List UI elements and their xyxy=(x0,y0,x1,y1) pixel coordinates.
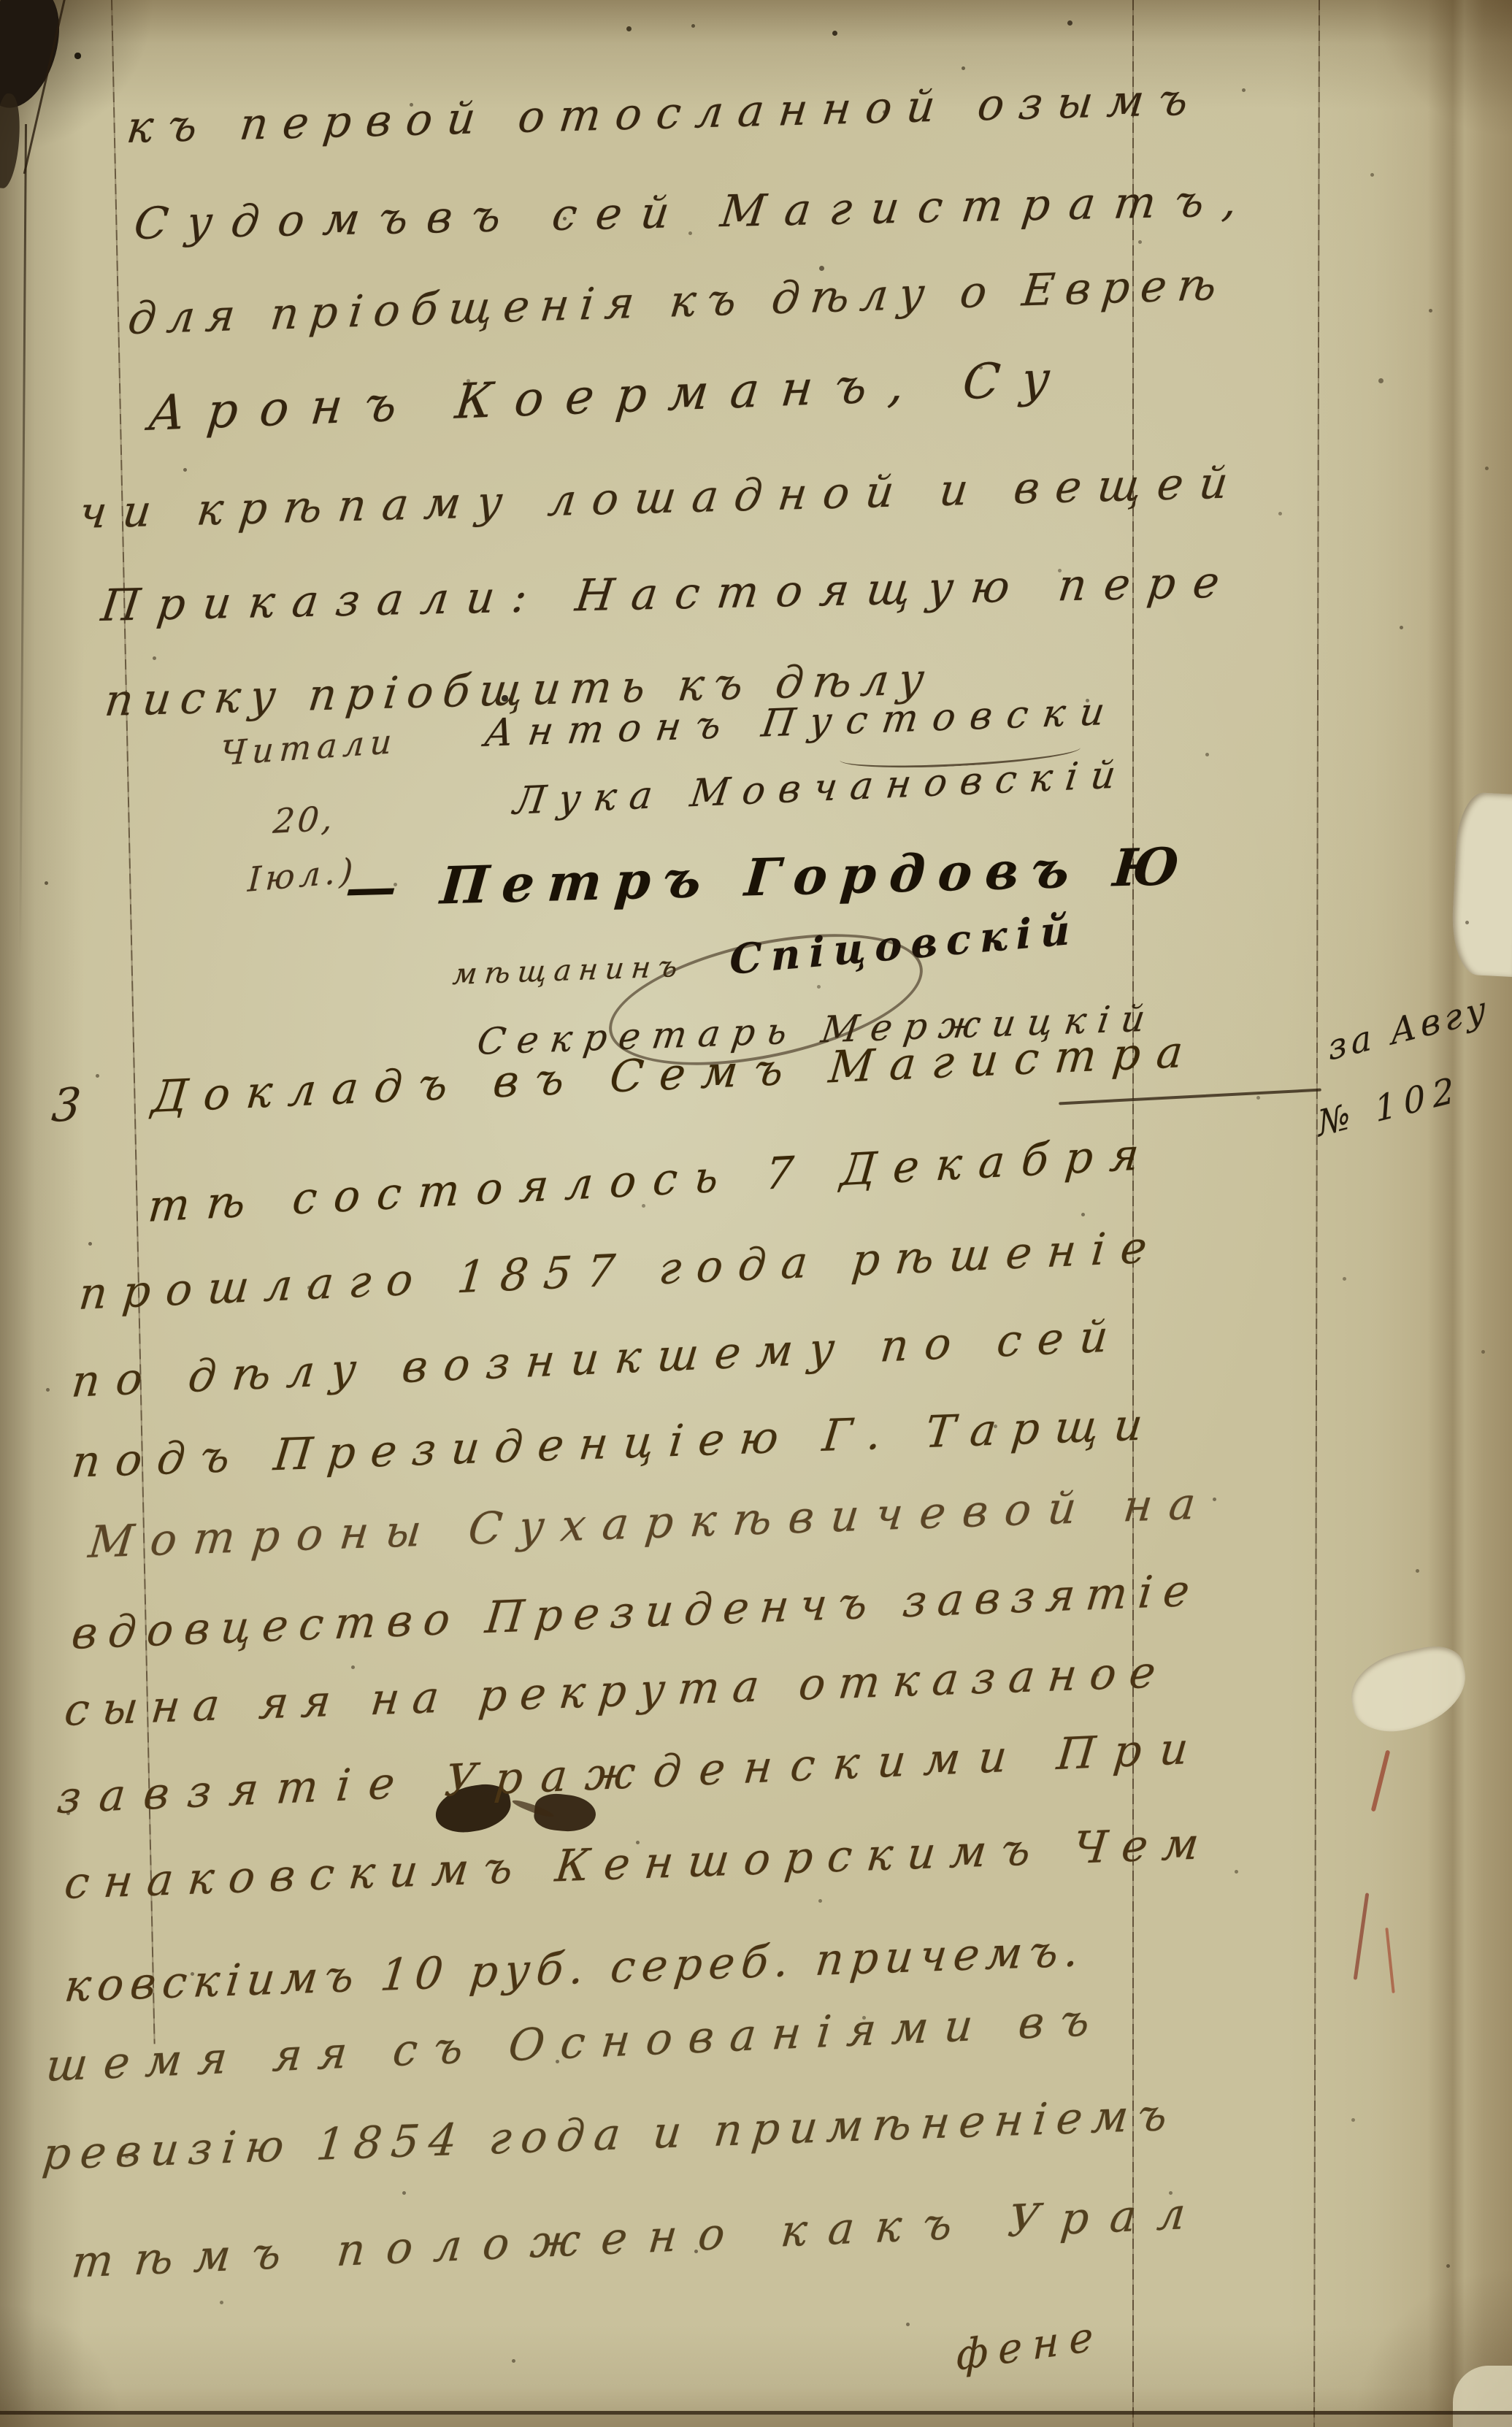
manuscript-line: по дѣлу возникшему по сей xyxy=(69,1311,1127,1408)
manuscript-line: подъ Президенціею Г. Тарщи xyxy=(69,1399,1160,1488)
right-margin-rule-outer xyxy=(1313,0,1320,2427)
manuscript-line: ковскіимъ 10 руб. сереб. причемъ. xyxy=(62,1925,1088,2012)
manuscript-line: тѣ состоялось 7 Декабря xyxy=(146,1128,1158,1232)
manuscript-line: прошлаго 1857 года рѣшеніе xyxy=(77,1222,1164,1320)
reading-label: Читали xyxy=(219,721,399,773)
manuscript-page: къ первой отосланной озымъ Судомъвъ сей … xyxy=(0,0,1512,2427)
margin-note-line-1: за Авгу xyxy=(1326,987,1492,1069)
binding-blob-left xyxy=(0,93,24,190)
page-edge-line xyxy=(19,124,27,964)
catchword: фене xyxy=(956,2312,1103,2380)
entry-line-dash xyxy=(1059,1089,1321,1105)
margin-note-line-2: № 102 xyxy=(1316,1068,1463,1145)
manuscript-line: ревизію 1854 года и примѣненіемъ xyxy=(40,2089,1179,2180)
paper-tear-right-2 xyxy=(1344,1641,1474,1740)
manuscript-line: сына яя на рекрута отказаное xyxy=(62,1646,1171,1736)
manuscript-line: для пріобщенія къ дѣлу о Евреѣ xyxy=(126,258,1230,345)
right-margin-rule-inner xyxy=(1132,0,1134,2427)
manuscript-line: завзятіе Уражденскими При xyxy=(55,1722,1209,1824)
bottom-next-page xyxy=(0,2415,1512,2427)
entry-number: 3 xyxy=(50,1077,83,1132)
manuscript-line: Судомъвъ сей Магистратъ, xyxy=(131,175,1259,250)
binding-thread-1 xyxy=(1371,1750,1391,1812)
manuscript-line: Аронъ Коерманъ, Су xyxy=(146,350,1075,442)
manuscript-line: Мотроны Сухаркѣвичевой на xyxy=(86,1478,1215,1568)
manuscript-line: тѣмъ положено какъ Урал xyxy=(69,2188,1209,2288)
manuscript-line: чи крѣпаму лошадной и вещей xyxy=(77,457,1246,539)
manuscript-line: Приказали: Настоящую пере xyxy=(99,556,1240,632)
manuscript-line: шемя яя съ Основаніями въ xyxy=(44,1994,1108,2092)
binding-thread-2 xyxy=(1354,1893,1370,1980)
ink-specks xyxy=(0,0,2,2)
signature-witness-2: Лука Мовчановскій xyxy=(511,753,1132,824)
binding-thread-3 xyxy=(1385,1928,1394,1993)
reading-day: 20, xyxy=(272,798,337,841)
manuscript-line: къ первой отосланной озымъ xyxy=(124,74,1205,153)
manuscript-line: снаковскимъ Кеншорскимъ Чем xyxy=(62,1818,1216,1909)
reading-month: Іюл.) xyxy=(247,850,358,900)
manuscript-line: вдовцество Президенчъ завзятіе xyxy=(69,1565,1203,1660)
paper-tear-right xyxy=(1450,791,1512,977)
